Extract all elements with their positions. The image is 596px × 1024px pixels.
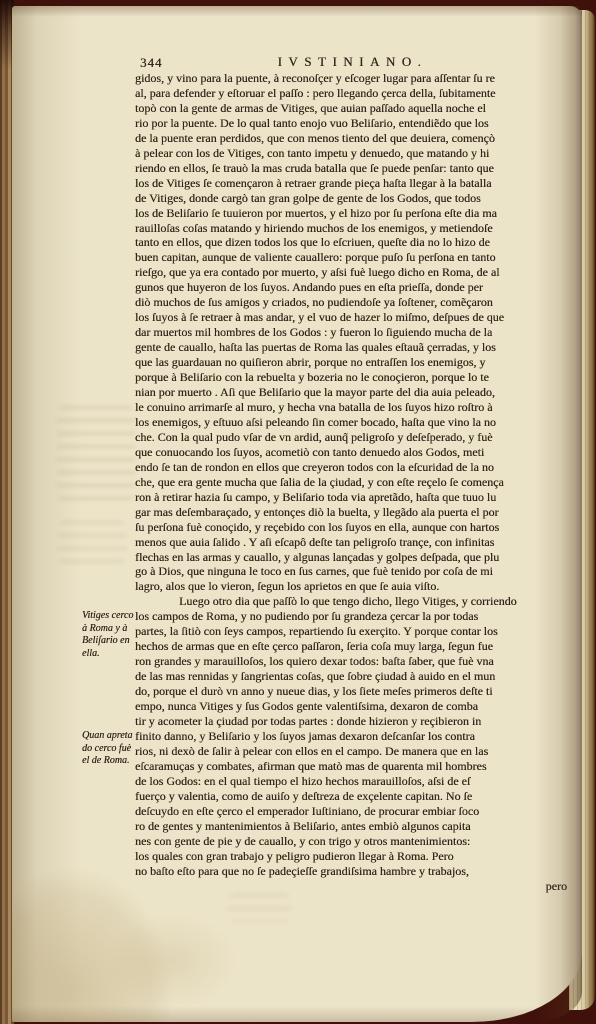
text-line: ro de gentes y mantenimientos à Beliſari… (135, 819, 570, 834)
text-line: eſcaramuças y combates, afirman que matò… (135, 759, 570, 774)
text-line: gidos, y vino para la puente, à reconoſç… (135, 71, 570, 86)
text-line: gunos que huyeron de los ſuyos. Andando … (135, 280, 570, 295)
text-line: do, porque el durò vn anno y nueue dias,… (135, 684, 570, 699)
book-page: 344 IVSTINIANO. Vitiges cerco à Roma y à… (12, 6, 582, 1022)
text-line: que las guardauan no quiſieron abrir, po… (135, 355, 570, 370)
text-line: los quales con gran trabajo y peligro pu… (135, 849, 570, 864)
text-line: lagro, alos que lo vieron, ſegun los apr… (135, 579, 570, 594)
text-line: fuerço y valentia, como de auiſo y deſtr… (135, 789, 570, 804)
text-line: buen capitan, aunque de valiente caualle… (135, 250, 570, 265)
text-line: gar mas deſembaraçado, y entonçes diò la… (135, 505, 570, 520)
text-line: los enemigos, y eſtuuo aſsi peleando ſin… (135, 415, 570, 430)
text-line: à pelear con los de Vitiges, con tanto i… (135, 146, 570, 161)
text-line: diò muchos de ſus amigos y criados, no p… (135, 295, 570, 310)
text-line: rios, ni dexò de ſalir à pelear con ello… (135, 744, 570, 759)
text-line: Luego otro dia que paſſò lo que tengo di… (135, 594, 570, 609)
text-line: empo, nunca Vitiges y ſus Godos gente va… (135, 699, 570, 714)
text-line: los de Beliſario ſe tuuieron por muertos… (135, 206, 570, 221)
ink-showthrough (57, 521, 127, 563)
text-line: los ſuyos à ſe retraer à mas andar, y el… (135, 310, 570, 325)
text-line: de los Godos: en el qual tiempo el hizo … (135, 774, 570, 789)
text-line: dar muertos mil hombres de los Godos : y… (135, 325, 570, 340)
text-line: no baſto eſto para que no ſe padeçieſſe … (135, 864, 570, 879)
text-line: los de Vitiges ſe començaron à retraer g… (135, 176, 570, 191)
text-line: rio por la puente. De lo qual tanto enoj… (135, 116, 570, 131)
text-line: gente de cauallo, haſta las puertas de R… (135, 340, 570, 355)
text-line: riendo en ellos, ſe trauò la mas cruda b… (135, 161, 570, 176)
text-line: endo ſe tan de rondon en ellos que creye… (135, 460, 570, 475)
text-line: topò con la gente de armas de Vitiges, q… (135, 101, 570, 116)
text-line: che. Con la qual pudo vſar de vn ardid, … (135, 430, 570, 445)
text-line: que conuocando los ſuyos, acometiò con t… (135, 445, 570, 460)
text-line: al, para defender y eſtoruar el paſſo : … (135, 86, 570, 101)
text-line: finito danno, y Beliſario y los ſuyos ja… (135, 729, 570, 744)
text-line: rieſgo, que ya era contado por muerto, y… (135, 265, 570, 280)
text-line: ron grandes y marauilloſos, los quiero d… (135, 654, 570, 669)
text-line: de Vitiges, donde cargò tan gran golpe d… (135, 191, 570, 206)
text-line: le conuino arrimarſe al muro, y hecha vn… (135, 400, 570, 415)
text-line: che, que era gente mucha que ſalia de la… (135, 475, 570, 490)
text-line: de la puente eran perdidos, que con meno… (135, 131, 570, 146)
text-line: ron à retirar hazia ſu campo, y Beliſari… (135, 490, 570, 505)
text-line: hechos de armas que en eſte çerco paſſar… (135, 639, 570, 654)
text-line: los campos de Roma, y no pudiendo por ſu… (135, 609, 570, 624)
text-line: rauilloſas coſas matando y hiriendo much… (135, 221, 570, 236)
book-scan: 344 IVSTINIANO. Vitiges cerco à Roma y à… (0, 0, 596, 1024)
text-line: ſu perſona fuè conoçido, y reçebido con … (135, 520, 570, 535)
text-line: nian por muerto . Aſi que Beliſario que … (135, 385, 570, 400)
text-line: menos que auia ſalido . Y aſi eſcapô deſ… (135, 535, 570, 550)
text-line: tanto en ellos, que dizen todos los que … (135, 235, 570, 250)
marginal-note: Vitiges cerco à Roma y à Beliſario en el… (82, 610, 138, 660)
text-line: tir y acometer la çiudad por todas parte… (135, 714, 570, 729)
text-line: partes, la ſitiò con ſeys campos, repart… (135, 624, 570, 639)
ink-showthrough (227, 894, 292, 922)
text-line: nes con gente de pie y de cauallo, y con… (135, 834, 570, 849)
ink-showthrough (57, 406, 135, 501)
marginal-note: Quan apreta do cerco fuè el de Roma. (82, 730, 138, 768)
text-line: flechas en las armas y cauallo, y alguna… (135, 550, 570, 565)
text-line: de las mas rennidas y ſangrientas coſas,… (135, 669, 570, 684)
body-text: gidos, y vino para la puente, à reconoſç… (135, 71, 570, 878)
catchword: pero (135, 879, 567, 894)
text-line: porque à Beliſario con la rebuelta y boz… (135, 370, 570, 385)
text-line: deſcuydo en eſte çerco el emperador Iuſt… (135, 804, 570, 819)
running-title: IVSTINIANO. (135, 54, 570, 70)
text-line: go à Dios, que ninguna le toco en ſus ca… (135, 564, 570, 579)
